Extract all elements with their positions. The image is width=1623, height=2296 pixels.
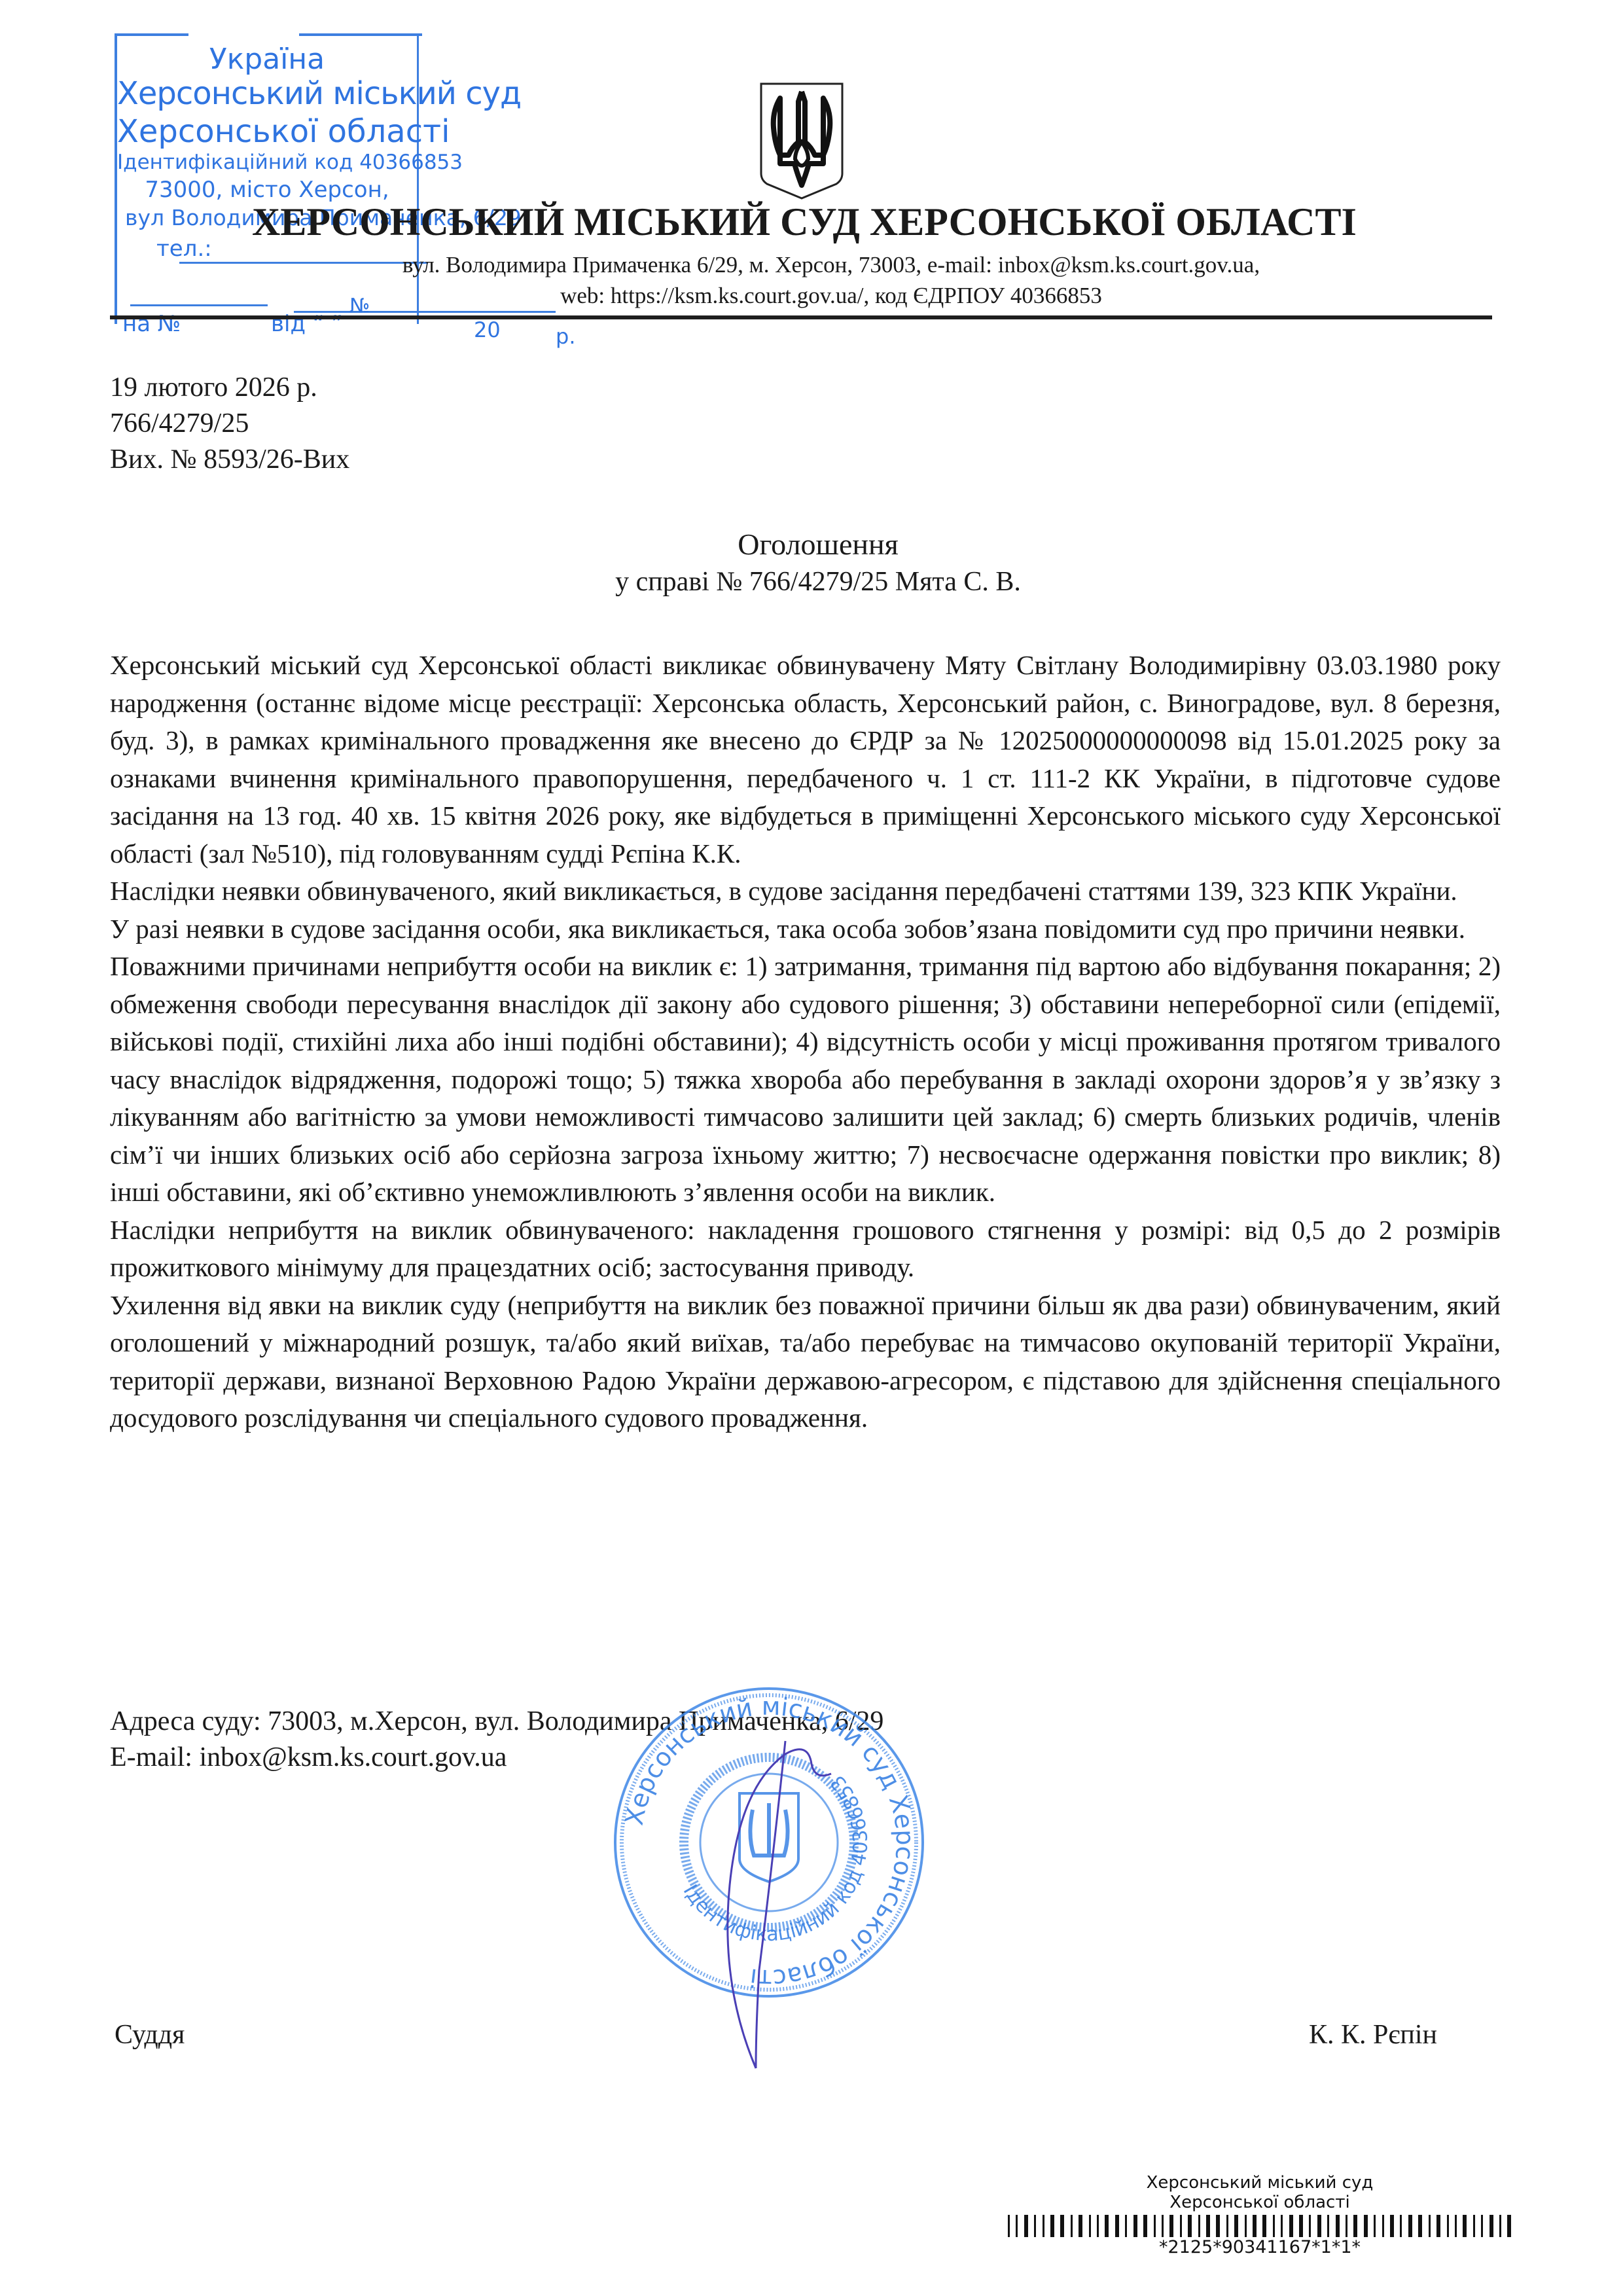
body-paragraph-penalties: Наслідки неприбуття на виклик обвинуваче… xyxy=(110,1211,1501,1287)
announcement-subtitle: у справі № 766/4279/25 Мята С. В. xyxy=(0,566,1623,598)
barcode-label: Херсонський міський суд Херсонської обла… xyxy=(995,2173,1525,2258)
stamp-in-reply-label: на № xyxy=(122,311,181,337)
trident-coat-of-arms-icon xyxy=(759,82,844,200)
court-title: ХЕРСОНСЬКИЙ МІСЬКИЙ СУД ХЕРСОНСЬКОЇ ОБЛА… xyxy=(252,200,1351,245)
stamp-region: Херсонської області xyxy=(117,113,417,150)
body-paragraph-special-proceedings: Ухилення від явки на виклик суду (неприб… xyxy=(110,1287,1501,1437)
stamp-court: Херсонський міський суд xyxy=(117,75,417,112)
registration-stamp: Україна Херсонський міський суд Херсонсь… xyxy=(115,36,419,324)
outgoing-number: Вих. № 8593/26-Вих xyxy=(110,444,349,475)
signature-icon xyxy=(694,1734,838,2075)
announcement-body: Херсонський міський суд Херсонської обла… xyxy=(110,647,1501,1437)
barcode-org-line1: Херсонський міський суд xyxy=(995,2173,1525,2193)
document-date: 19 лютого 2026 р. xyxy=(110,372,317,403)
stamp-city: 73000, місто Херсон, xyxy=(117,177,417,203)
body-paragraph-notify: У разі неявки в судове засідання особи, … xyxy=(110,910,1501,948)
signatory-role: Суддя xyxy=(115,2019,185,2051)
stamp-rule xyxy=(130,304,268,306)
body-paragraph-valid-reasons: Поважними причинами неприбуття особи на … xyxy=(110,948,1501,1211)
court-web-line: web: https://ksm.ks.court.gov.ua/, код Є… xyxy=(281,283,1381,309)
stamp-year-suffix: р. xyxy=(556,324,575,349)
stamp-year-prefix: 20 xyxy=(474,317,501,342)
header-divider xyxy=(110,315,1492,319)
body-paragraph-summons: Херсонський міський суд Херсонської обла… xyxy=(110,647,1501,872)
barcode-bars xyxy=(1008,2215,1512,2237)
case-number: 766/4279/25 xyxy=(110,408,249,439)
stamp-id-code: Ідентифікаційний код 40366853 xyxy=(117,151,417,174)
court-email: E-mail: inbox@ksm.ks.court.gov.ua xyxy=(110,1742,507,1773)
announcement-title: Оголошення xyxy=(0,527,1623,562)
barcode-org-line2: Херсонської області xyxy=(995,2193,1525,2212)
stamp-border xyxy=(115,33,422,36)
barcode-code: *2125*90341167*1*1* xyxy=(995,2237,1525,2258)
signatory-name: К. К. Рєпін xyxy=(1309,2019,1437,2051)
stamp-from-label: від “ ” xyxy=(271,311,343,337)
court-address-line: вул. Володимира Примаченка 6/29, м. Херс… xyxy=(281,252,1381,278)
stamp-country: Україна xyxy=(117,43,417,76)
body-paragraph-consequences: Наслідки неявки обвинуваченого, який вик… xyxy=(110,872,1501,910)
